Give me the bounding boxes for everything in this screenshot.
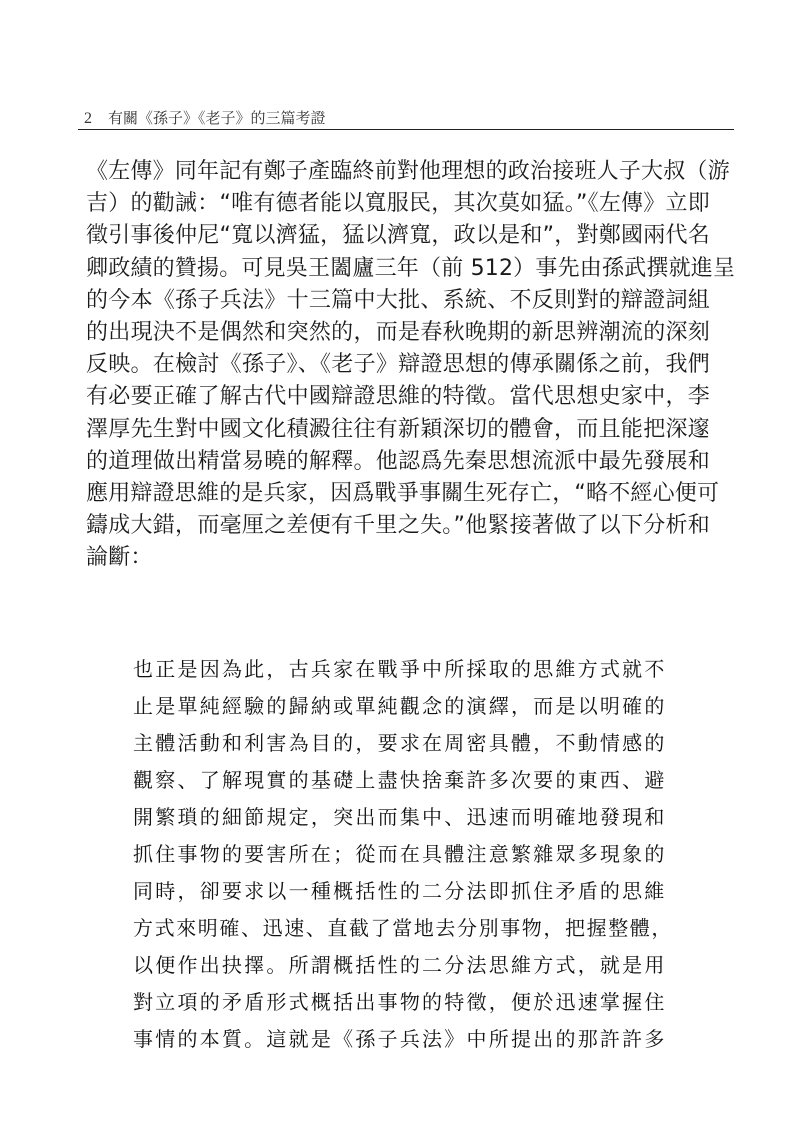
running-header: 2 有關《孫子》《老子》的三篇考證 (84, 104, 734, 128)
body-line: 鑄成大錯，而毫厘之差便有千里之失。”他緊接著做了以下分析和 (86, 510, 710, 542)
quote-line: 抓住事物的要害所在；從而在具體注意繁雜眾多現象的 (133, 836, 666, 873)
quote-line: 止是單純經驗的歸納或單純觀念的演繹，而是以明確的 (133, 688, 666, 725)
body-paragraph: 《左傳》同年記有鄭子產臨終前對他理想的政治接班人子大叔（游 吉）的勸誡：“唯有德… (86, 156, 710, 574)
body-line: 徵引事後仲尼“寬以濟猛，猛以濟寬，政以是和”，對鄭國兩代名 (86, 220, 710, 252)
quote-line: 事情的本質。這就是《孫子兵法》中所提出的那許許多 (133, 1021, 666, 1058)
quote-line: 方式來明確、迅速、直截了當地去分別事物，把握整體， (133, 910, 666, 947)
block-quote: 也正是因為此，古兵家在戰爭中所採取的思維方式就不 止是單純經驗的歸納或單純觀念的… (133, 651, 666, 1058)
body-line: 《左傳》同年記有鄭子產臨終前對他理想的政治接班人子大叔（游 (86, 156, 710, 188)
quote-line: 觀察、了解現實的基礎上盡快捨棄許多次要的東西、避 (133, 762, 666, 799)
body-line: 的道理做出精當易曉的解釋。他認爲先秦思想流派中最先發展和 (86, 446, 710, 478)
body-line: 論斷： (86, 542, 710, 574)
body-line: 有必要正確了解古代中國辯證思維的特徵。當代思想史家中，李 (86, 381, 710, 413)
running-title: 有關《孫子》《老子》的三篇考證 (108, 107, 326, 128)
body-line: 的出現決不是偶然和突然的，而是春秋晚期的新思辨潮流的深刻 (86, 317, 710, 349)
body-line: 的今本《孫子兵法》十三篇中大批、系統、不反則對的辯證詞組 (86, 285, 710, 317)
header-rule (78, 129, 734, 130)
quote-line: 也正是因為此，古兵家在戰爭中所採取的思維方式就不 (133, 651, 666, 688)
quote-line: 以便作出抉擇。所謂概括性的二分法思維方式，就是用 (133, 947, 666, 984)
body-line: 澤厚先生對中國文化積澱往往有新穎深切的體會，而且能把深邃 (86, 414, 710, 446)
body-line: 吉）的勸誡：“唯有德者能以寬服民，其次莫如猛。”《左傳》立即 (86, 188, 710, 220)
page-number: 2 (84, 110, 92, 128)
quote-line: 開繁瑣的細節規定，突出而集中、迅速而明確地發現和 (133, 799, 666, 836)
body-line: 反映。在檢討《孫子》、《老子》辯證思想的傳承關係之前，我們 (86, 349, 710, 381)
quote-line: 同時，卻要求以一種概括性的二分法即抓住矛盾的思維 (133, 873, 666, 910)
body-line: 卿政績的贊揚。可見吳王闔廬三年（前 512）事先由孫武撰就進呈 (86, 253, 710, 285)
quote-line: 對立項的矛盾形式概括出事物的特徵，便於迅速掌握住 (133, 984, 666, 1021)
body-line: 應用辯證思維的是兵家，因爲戰爭事關生死存亡，“略不經心便可 (86, 478, 710, 510)
quote-line: 主體活動和利害為目的，要求在周密具體，不動情感的 (133, 725, 666, 762)
